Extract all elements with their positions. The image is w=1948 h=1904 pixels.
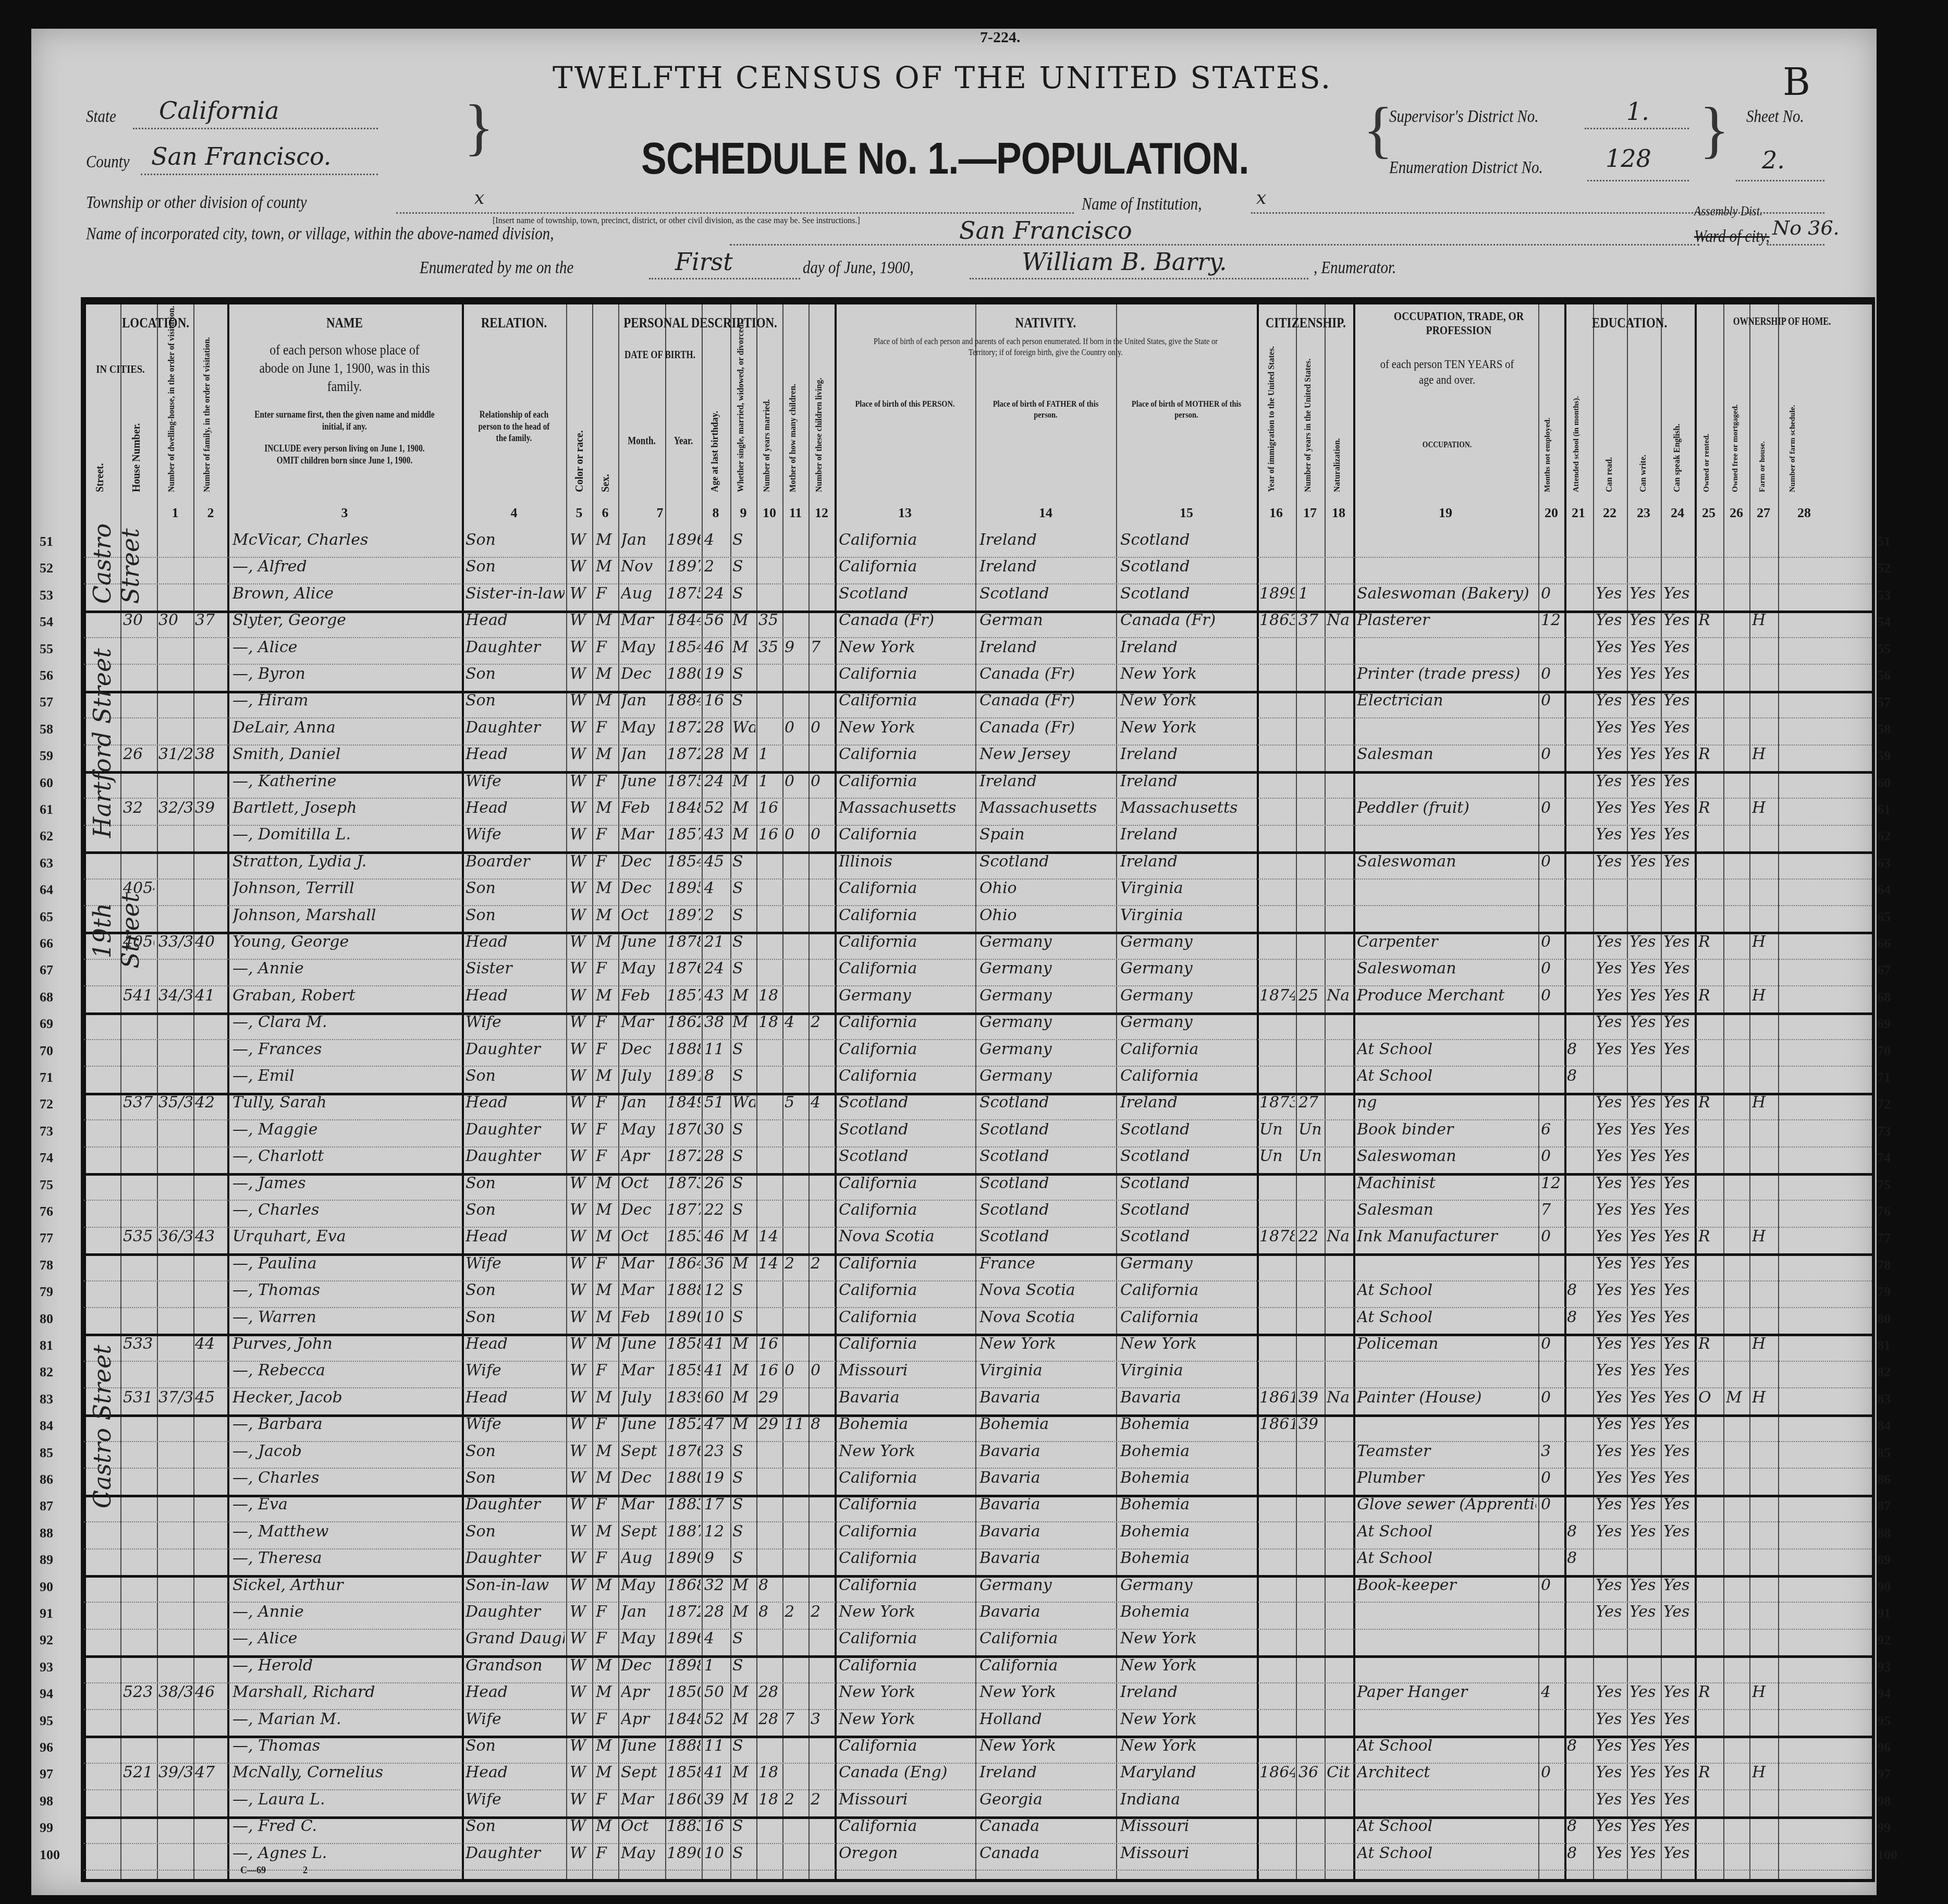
cell-immig: 1861 bbox=[1259, 1415, 1295, 1433]
cell-relation: Grand Daughter bbox=[465, 1629, 565, 1647]
cell-birth: California bbox=[839, 531, 973, 549]
line-number: 62 bbox=[40, 828, 53, 844]
cell-read: Yes bbox=[1596, 1227, 1626, 1246]
dob-label: DATE OF BIRTH. bbox=[624, 349, 695, 362]
cell-read: Yes bbox=[1596, 718, 1626, 737]
cell-year: 1897 bbox=[667, 557, 701, 576]
cell-write: Yes bbox=[1630, 638, 1660, 656]
cell-marital: S bbox=[732, 1040, 755, 1058]
cell-write: Yes bbox=[1630, 1576, 1660, 1594]
cell-sex: M bbox=[596, 1067, 617, 1085]
cell-sex: M bbox=[596, 1817, 617, 1835]
cell-mother: New York bbox=[1120, 1710, 1255, 1728]
cell-sex: F bbox=[596, 1844, 617, 1862]
cell-unemployed: 0 bbox=[1541, 799, 1563, 817]
cell-unemployed: 0 bbox=[1541, 852, 1563, 871]
cell-mother-of: 11 bbox=[785, 1415, 807, 1433]
line-number: 75 bbox=[40, 1177, 53, 1193]
cell-english: Yes bbox=[1663, 1013, 1694, 1031]
cell-year: 1844 bbox=[667, 611, 701, 629]
cell-relation: Wife bbox=[465, 772, 565, 790]
cell-birth: Scotland bbox=[839, 1093, 973, 1112]
cell-name: —, Clara M. bbox=[232, 1013, 459, 1031]
cell-relation: Head bbox=[465, 1763, 565, 1781]
cell-name: —, Katherine bbox=[232, 772, 459, 790]
cell-relation: Son bbox=[465, 1737, 565, 1755]
cell-birth: Germany bbox=[839, 986, 973, 1005]
cell-color: W bbox=[570, 718, 591, 737]
cell-occupation: Book-keeper bbox=[1357, 1576, 1536, 1594]
table-row: 64644054Johnson, TerrillSonWMDec18954SCa… bbox=[84, 877, 1872, 906]
cell-write: Yes bbox=[1630, 772, 1660, 790]
column-number: 12 bbox=[811, 505, 832, 521]
group-name: NAME bbox=[249, 315, 441, 332]
cell-color: W bbox=[570, 745, 591, 763]
cell-mother-of: 2 bbox=[785, 1254, 807, 1273]
cell-farm: H bbox=[1752, 1335, 1775, 1353]
cell-color: W bbox=[570, 1469, 591, 1487]
column-number: 24 bbox=[1667, 505, 1688, 521]
cell-mother-of: 0 bbox=[785, 718, 807, 737]
cell-mother: Scotland bbox=[1120, 1120, 1255, 1139]
cell-nat: Cit bbox=[1327, 1763, 1352, 1781]
cell-age: 24 bbox=[704, 584, 729, 603]
month-label: Month. bbox=[622, 435, 662, 448]
cell-year: 1857 bbox=[667, 986, 701, 1005]
cell-relation: Daughter bbox=[465, 1040, 565, 1058]
cell-owned: R bbox=[1698, 1763, 1722, 1781]
cell-birth: California bbox=[839, 1522, 973, 1541]
cell-name: Graban, Robert bbox=[232, 986, 459, 1005]
cell-mother: Scotland bbox=[1120, 584, 1255, 603]
cell-unemployed: 0 bbox=[1541, 1227, 1563, 1246]
line-number-right: 52 bbox=[1877, 560, 1891, 576]
cell-color: W bbox=[570, 1683, 591, 1701]
cell-read: Yes bbox=[1596, 959, 1626, 978]
cell-age: 41 bbox=[704, 1335, 729, 1353]
cell-english: Yes bbox=[1663, 584, 1694, 603]
cell-relation: Head bbox=[465, 933, 565, 951]
cell-immig: 1861 bbox=[1259, 1388, 1295, 1407]
cell-owned: R bbox=[1698, 1093, 1722, 1112]
cell-name: DeLair, Anna bbox=[232, 718, 459, 737]
cell-age: 41 bbox=[704, 1361, 729, 1380]
cell-family: 40 bbox=[195, 933, 226, 951]
cell-english: Yes bbox=[1663, 1361, 1694, 1380]
cell-color: W bbox=[570, 1388, 591, 1407]
cell-mother: New York bbox=[1120, 665, 1255, 683]
cell-unemployed: 4 bbox=[1541, 1683, 1563, 1701]
cell-year: 1896 bbox=[667, 531, 701, 549]
cell-farm: H bbox=[1752, 1683, 1775, 1701]
cell-year: 1859 bbox=[667, 1361, 701, 1380]
street-label: Castro Street bbox=[88, 990, 116, 1863]
cell-read: Yes bbox=[1596, 638, 1626, 656]
cell-relation: Son bbox=[465, 906, 565, 924]
ward-underline bbox=[1767, 244, 1824, 246]
cell-marital: M bbox=[732, 1361, 755, 1380]
cell-sex: F bbox=[596, 1549, 617, 1567]
cell-yrs-married: 29 bbox=[758, 1415, 781, 1433]
cell-write: Yes bbox=[1630, 1522, 1660, 1541]
table-row: 8585—, JacobSonWMSept187623SNew YorkBava… bbox=[84, 1440, 1872, 1469]
cell-occupation: At School bbox=[1357, 1308, 1536, 1326]
cell-relation: Wife bbox=[465, 1710, 565, 1728]
cell-year: 1888 bbox=[667, 1737, 701, 1755]
cell-month: May bbox=[621, 718, 664, 737]
cell-school: 8 bbox=[1567, 1737, 1592, 1755]
cell-month: May bbox=[621, 1629, 664, 1647]
table-row: 818153344Purves, JohnHeadWMJune185841M16… bbox=[84, 1333, 1872, 1362]
cell-month: June bbox=[621, 1415, 664, 1433]
cell-age: 46 bbox=[704, 1227, 729, 1246]
cell-mother: Virginia bbox=[1120, 906, 1255, 924]
cell-year: 1884 bbox=[667, 691, 701, 710]
table-row: 5454303037Slyter, GeorgeHeadWMMar184456M… bbox=[84, 609, 1872, 638]
table-row: 100100—, Agnes L.DaughterWFMay189010SOre… bbox=[84, 1842, 1872, 1871]
cell-relation: Son bbox=[465, 879, 565, 897]
enum-district-underline bbox=[1587, 180, 1689, 181]
cell-relation: Head bbox=[465, 1683, 565, 1701]
cell-year: 1895 bbox=[667, 879, 701, 897]
cell-house: 537 bbox=[123, 1093, 154, 1112]
cell-english: Yes bbox=[1663, 1120, 1694, 1139]
cell-name: —, Fred C. bbox=[232, 1817, 459, 1835]
column-number: 15 bbox=[1176, 505, 1197, 521]
cell-month: Mar bbox=[621, 825, 664, 844]
cell-relation: Boarder bbox=[465, 852, 565, 871]
cell-year: 1872 bbox=[667, 1603, 701, 1621]
cell-birth: Scotland bbox=[839, 584, 973, 603]
cell-immig: 1873 bbox=[1259, 1093, 1295, 1112]
line-number: 81 bbox=[40, 1338, 53, 1353]
cell-sex: F bbox=[596, 638, 617, 656]
cell-house: 26 bbox=[123, 745, 154, 763]
line-number: 70 bbox=[40, 1043, 53, 1059]
cell-read: Yes bbox=[1596, 1522, 1626, 1541]
cell-nat: Na bbox=[1327, 1388, 1352, 1407]
cell-color: W bbox=[570, 799, 591, 817]
cell-year: 1877 bbox=[667, 1201, 701, 1219]
cell-write: Yes bbox=[1630, 933, 1660, 951]
cell-relation: Daughter bbox=[465, 1603, 565, 1621]
cell-name: Purves, John bbox=[232, 1335, 459, 1353]
cell-yrs-us: 39 bbox=[1298, 1388, 1324, 1407]
cell-age: 16 bbox=[704, 1817, 729, 1835]
cell-color: W bbox=[570, 557, 591, 576]
cell-birth: Oregon bbox=[839, 1844, 973, 1862]
cell-birth: California bbox=[839, 1549, 973, 1567]
cell-read: Yes bbox=[1596, 745, 1626, 763]
cell-write: Yes bbox=[1630, 1040, 1660, 1058]
cell-write: Yes bbox=[1630, 1495, 1660, 1514]
cell-year: 1872 bbox=[667, 745, 701, 763]
column-number: 16 bbox=[1266, 505, 1287, 521]
cell-relation: Daughter bbox=[465, 1549, 565, 1567]
table-row: 9090Sickel, ArthurSon-in-lawWMMay186832M… bbox=[84, 1574, 1872, 1603]
cell-yrs-married: 18 bbox=[758, 1790, 781, 1809]
cell-father: Ireland bbox=[979, 772, 1114, 790]
cell-color: W bbox=[570, 1093, 591, 1112]
cell-name: —, Emil bbox=[232, 1067, 459, 1085]
cell-owned: R bbox=[1698, 799, 1722, 817]
cell-english: Yes bbox=[1663, 1174, 1694, 1192]
cell-sex: F bbox=[596, 1710, 617, 1728]
cell-unemployed: 0 bbox=[1541, 691, 1563, 710]
cell-father: California bbox=[979, 1656, 1114, 1675]
cell-father: Germany bbox=[979, 1067, 1114, 1085]
line-number-right: 96 bbox=[1877, 1740, 1891, 1755]
cell-year: 1854 bbox=[667, 638, 701, 656]
cell-father: Ohio bbox=[979, 879, 1114, 897]
cell-year: 1896 bbox=[667, 1629, 701, 1647]
cell-unemployed: 0 bbox=[1541, 1495, 1563, 1514]
line-number-right: 84 bbox=[1877, 1418, 1891, 1434]
column-number: 28 bbox=[1794, 505, 1815, 521]
cell-english: Yes bbox=[1663, 1093, 1694, 1112]
cell-birth: New York bbox=[839, 1710, 973, 1728]
cell-unemployed: 0 bbox=[1541, 584, 1563, 603]
line-number-right: 59 bbox=[1877, 748, 1891, 764]
cell-relation: Wife bbox=[465, 825, 565, 844]
column-number: 1 bbox=[165, 505, 186, 521]
mother-of-col-label: Mother of how many children. bbox=[789, 341, 798, 492]
group-ownership: OWNERSHIP OF HOME. bbox=[1710, 316, 1854, 328]
cell-read: Yes bbox=[1596, 1120, 1626, 1139]
column-number: 7 bbox=[650, 505, 670, 521]
cell-dwelling: 32/30 bbox=[158, 799, 192, 817]
cell-relation: Head bbox=[465, 986, 565, 1005]
cell-birth: California bbox=[839, 1335, 973, 1353]
cell-name: —, Rebecca bbox=[232, 1361, 459, 1380]
column-number: 4 bbox=[504, 505, 524, 521]
cell-nat: Na bbox=[1327, 1227, 1352, 1246]
line-number-right: 57 bbox=[1877, 694, 1891, 710]
cell-read: Yes bbox=[1596, 1174, 1626, 1192]
cell-marital: S bbox=[732, 1174, 755, 1192]
cell-month: Oct bbox=[621, 1174, 664, 1192]
line-number: 98 bbox=[40, 1793, 53, 1809]
cell-write: Yes bbox=[1630, 1710, 1660, 1728]
cell-sex: M bbox=[596, 1656, 617, 1675]
table-row: 9696—, ThomasSonWMJune188811SCaliforniaN… bbox=[84, 1735, 1872, 1764]
cell-sex: F bbox=[596, 1495, 617, 1514]
cell-father: Ireland bbox=[979, 557, 1114, 576]
cell-dwelling: 34/31 bbox=[158, 986, 192, 1005]
cell-father: Germany bbox=[979, 959, 1114, 978]
cell-name: —, Byron bbox=[232, 665, 459, 683]
cell-immig: 1863 bbox=[1259, 611, 1295, 629]
in-cities-label: IN CITIES. bbox=[90, 362, 152, 376]
cell-birth: California bbox=[839, 1254, 973, 1273]
cell-relation: Daughter bbox=[465, 1844, 565, 1862]
cell-living: 0 bbox=[811, 772, 834, 790]
cell-mother: Bohemia bbox=[1120, 1469, 1255, 1487]
cell-read: Yes bbox=[1596, 1254, 1626, 1273]
cell-mother-of: 0 bbox=[785, 772, 807, 790]
cell-sex: F bbox=[596, 1629, 617, 1647]
cell-name: —, Domitilla L. bbox=[232, 825, 459, 844]
table-row: 59592631/2738Smith, DanielHeadWMJan18722… bbox=[84, 743, 1872, 774]
naturalization-col-label: Naturalization. bbox=[1333, 388, 1342, 492]
cell-farm: H bbox=[1752, 1763, 1775, 1781]
cell-name: —, Jacob bbox=[232, 1442, 459, 1460]
cell-year: 1898 bbox=[667, 1656, 701, 1675]
cell-birth: Bohemia bbox=[839, 1415, 973, 1433]
cell-birth: Nova Scotia bbox=[839, 1227, 973, 1246]
group-nativity: NATIVITY. bbox=[873, 315, 1219, 332]
cell-mother: Virginia bbox=[1120, 1361, 1255, 1380]
cell-living: 2 bbox=[811, 1603, 834, 1621]
cell-name: —, Alfred bbox=[232, 557, 459, 576]
group-location: LOCATION. bbox=[97, 315, 215, 332]
line-number: 53 bbox=[40, 588, 53, 603]
cell-relation: Son bbox=[465, 665, 565, 683]
farm-schedule-col-label: Number of farm schedule. bbox=[1788, 346, 1797, 492]
cell-sex: M bbox=[596, 1442, 617, 1460]
line-number-right: 74 bbox=[1877, 1150, 1891, 1166]
line-number-right: 51 bbox=[1877, 534, 1891, 550]
cell-marital: S bbox=[732, 1281, 755, 1299]
cell-family: 43 bbox=[195, 1227, 226, 1246]
cell-color: W bbox=[570, 665, 591, 683]
cell-dwelling: 37/34 bbox=[158, 1388, 192, 1407]
cell-marital: S bbox=[732, 1201, 755, 1219]
cell-sex: M bbox=[596, 1576, 617, 1594]
cell-mother-of: 5 bbox=[785, 1093, 807, 1112]
cell-mother: Bohemia bbox=[1120, 1522, 1255, 1541]
cell-relation: Daughter bbox=[465, 1120, 565, 1139]
cell-sex: F bbox=[596, 772, 617, 790]
cell-birth: California bbox=[839, 1174, 973, 1192]
cell-occupation: At School bbox=[1357, 1281, 1536, 1299]
cell-mother: Indiana bbox=[1120, 1790, 1255, 1809]
cell-year: 1876 bbox=[667, 1442, 701, 1460]
table-row: 5858DeLair, AnnaDaughterWFMay187228Wd00N… bbox=[84, 716, 1872, 746]
cell-color: W bbox=[570, 959, 591, 978]
cell-sex: M bbox=[596, 557, 617, 576]
cell-year: 1848 bbox=[667, 799, 701, 817]
cell-mother: New York bbox=[1120, 691, 1255, 710]
line-number-right: 95 bbox=[1877, 1713, 1891, 1729]
cell-family: 38 bbox=[195, 745, 226, 763]
months-unemployed-col-label: Months not employed. bbox=[1543, 388, 1552, 492]
cell-marital: S bbox=[732, 1844, 755, 1862]
enumerated-day: First bbox=[675, 248, 733, 276]
cell-write: Yes bbox=[1630, 1201, 1660, 1219]
cell-month: May bbox=[621, 1120, 664, 1139]
city-value: San Francisco bbox=[959, 216, 1132, 245]
cell-sex: F bbox=[596, 825, 617, 844]
cell-occupation: At School bbox=[1357, 1040, 1536, 1058]
cell-birth: California bbox=[839, 1308, 973, 1326]
cell-color: W bbox=[570, 1710, 591, 1728]
can-write-col-label: Can write. bbox=[1639, 398, 1648, 492]
cell-age: 12 bbox=[704, 1522, 729, 1541]
cell-english: Yes bbox=[1663, 1201, 1694, 1219]
cell-occupation: Architect bbox=[1357, 1763, 1536, 1781]
column-number: 6 bbox=[595, 505, 616, 521]
cell-dwelling: 35/32 bbox=[158, 1093, 192, 1112]
cell-mother-of: 7 bbox=[785, 1710, 807, 1728]
table-row: 949452338/3546Marshall, RichardHeadWMApr… bbox=[84, 1681, 1872, 1710]
cell-marital: M bbox=[732, 1388, 755, 1407]
cell-marital: M bbox=[732, 1710, 755, 1728]
cell-year: 1839 bbox=[667, 1388, 701, 1407]
line-number-right: 94 bbox=[1877, 1686, 1891, 1702]
cell-relation: Head bbox=[465, 1388, 565, 1407]
cell-unemployed: 7 bbox=[1541, 1201, 1563, 1219]
cell-read: Yes bbox=[1596, 1013, 1626, 1031]
line-number: 60 bbox=[40, 775, 53, 791]
cell-read: Yes bbox=[1596, 1603, 1626, 1621]
cell-birth: Canada (Eng) bbox=[839, 1763, 973, 1781]
occupation-desc: of each person TEN YEARS of age and over… bbox=[1372, 357, 1523, 388]
cell-color: W bbox=[570, 1174, 591, 1192]
line-number: 52 bbox=[40, 560, 53, 576]
cell-yrs-us: Un bbox=[1298, 1120, 1324, 1139]
line-number-right: 53 bbox=[1877, 588, 1891, 603]
cell-color: W bbox=[570, 691, 591, 710]
cell-year: 1872 bbox=[667, 718, 701, 737]
cell-relation: Daughter bbox=[465, 1495, 565, 1514]
cell-birth: California bbox=[839, 691, 973, 710]
column-number: 19 bbox=[1435, 505, 1456, 521]
cell-mother: Germany bbox=[1120, 986, 1255, 1005]
name-desc: of each person whose place of abode on J… bbox=[254, 341, 436, 396]
cell-relation: Sister bbox=[465, 959, 565, 978]
color-col-label: Color or race. bbox=[574, 398, 586, 492]
cell-yrs-us: Un bbox=[1298, 1147, 1324, 1165]
cell-color: W bbox=[570, 852, 591, 871]
cell-mother: Scotland bbox=[1120, 531, 1255, 549]
cell-year: 1849 bbox=[667, 1093, 701, 1112]
cell-birth: Canada (Fr) bbox=[839, 611, 973, 629]
cell-unemployed: 0 bbox=[1541, 665, 1563, 683]
cell-english: Yes bbox=[1663, 1576, 1694, 1594]
cell-immig: 1864 bbox=[1259, 1763, 1295, 1781]
cell-name: —, Paulina bbox=[232, 1254, 459, 1273]
street-col-label: Street. bbox=[94, 414, 106, 492]
cell-relation: Son bbox=[465, 531, 565, 549]
population-table: LOCATION. NAME RELATION. PERSONAL DESCRI… bbox=[81, 297, 1875, 1882]
supervisor-value: 1. bbox=[1626, 97, 1649, 126]
cell-nat: Na bbox=[1327, 611, 1352, 629]
cell-yrs-us: 27 bbox=[1298, 1093, 1324, 1112]
children-living-col-label: Number of these children living. bbox=[815, 341, 824, 492]
street-label: 19th Street bbox=[88, 882, 144, 979]
cell-mother: Scotland bbox=[1120, 1201, 1255, 1219]
line-number-right: 81 bbox=[1877, 1338, 1891, 1353]
cell-living: 0 bbox=[811, 825, 834, 844]
cell-marital: S bbox=[732, 557, 755, 576]
cell-english: Yes bbox=[1663, 1710, 1694, 1728]
cell-write: Yes bbox=[1630, 1763, 1660, 1781]
cell-father: Nova Scotia bbox=[979, 1281, 1114, 1299]
cell-unemployed: 0 bbox=[1541, 933, 1563, 951]
cell-yrs-married: 28 bbox=[758, 1710, 781, 1728]
line-number: 67 bbox=[40, 962, 53, 978]
cell-month: Jan bbox=[621, 1603, 664, 1621]
cell-mother: Ireland bbox=[1120, 638, 1255, 656]
cell-family: 39 bbox=[195, 799, 226, 817]
line-number: 96 bbox=[40, 1740, 53, 1755]
cell-english: Yes bbox=[1663, 986, 1694, 1005]
cell-birth: New York bbox=[839, 638, 973, 656]
cell-occupation: Paper Hanger bbox=[1357, 1683, 1536, 1701]
cell-father: New York bbox=[979, 1683, 1114, 1701]
cell-marital: S bbox=[732, 933, 755, 951]
